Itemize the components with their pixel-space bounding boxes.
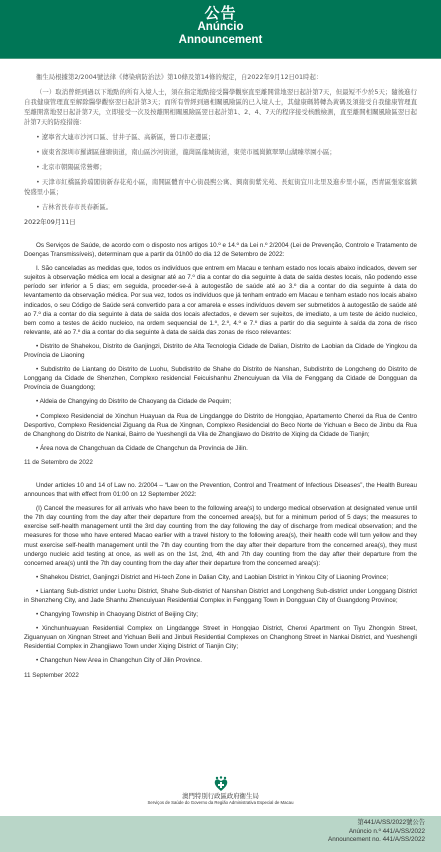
pt-intro: Os Serviços de Saúde, de acordo com o di… (24, 241, 417, 259)
announcement-body: 衞生局根據第2/2004號法律《傳染病防治法》第10條及第14條的規定，自202… (24, 72, 417, 694)
pt-bullet-2: • Subdistrito de Liantang do Distrito de… (24, 365, 417, 392)
ref-zh: 第441/A/SS/2022號公告 (328, 819, 425, 828)
en-intro: Under articles 10 and 14 of Law no. 2/20… (24, 481, 417, 499)
health-bureau-logo-icon (214, 776, 228, 792)
org-name-zh: 澳門特別行政區政府衞生局 (0, 792, 441, 800)
pt-bullet-4: • Complexo Residencial de Xinchun Huayua… (24, 412, 417, 439)
en-bullet-2: • Liantang Sub-district under Luohu Dist… (24, 587, 417, 605)
en-date: 11 September 2022 (24, 671, 417, 680)
org-name-pt: Serviços de Saúde do Governo da Região A… (0, 800, 441, 805)
zh-bullet-1: • 遼寧省大連市沙河口區、甘井子區、高新區，營口市老邊區； (24, 132, 417, 142)
en-bullet-1: • Shahekou District, Ganjingzi District … (24, 573, 417, 582)
title-en: Announcement (0, 34, 441, 47)
zh-intro: 衞生局根據第2/2004號法律《傳染病防治法》第10條及第14條的規定，自202… (24, 72, 417, 82)
zh-bullet-4: • 天津市紅橋區鈴璫閣街新春花苑小區，南開區體育中心街晨熙公寓、興南街紫光苑、長… (24, 177, 417, 197)
en-para-1: (I) Cancel the measures for all arrivals… (24, 504, 417, 568)
ref-en: Announcement no. 441/A/SS/2022 (328, 836, 425, 845)
pt-bullet-5: • Área nova de Changchuan da Cidade de C… (24, 444, 417, 453)
zh-para-1: （一）取消曾經到過以下地點的所有入境人士，須在指定地點接受醫學觀察直至離開當地翌… (24, 87, 417, 127)
zh-bullet-3: • 北京市朝陽區常營鄉； (24, 162, 417, 172)
pt-para-1: I. São canceladas as medidas que, todos … (24, 264, 417, 337)
english-section: Under articles 10 and 14 of Law no. 2/20… (24, 481, 417, 680)
en-bullet-5: • Changchun New Area in Changchun City o… (24, 656, 417, 665)
pt-bullet-3: • Aldeia de Changying do Distrito de Cha… (24, 397, 417, 406)
zh-bullet-5: • 吉林省長春市長春新區。 (24, 202, 417, 212)
announcement-header: 公告 Anúncio Announcement (0, 0, 441, 59)
title-zh: 公告 (0, 0, 441, 21)
pt-date: 11 de Setembro de 2022 (24, 458, 417, 467)
footer-band: 第441/A/SS/2022號公告 Anúncio n.º 441/A/SS/2… (0, 816, 441, 852)
en-bullet-4: • Xinchunhuayuan Residential Complex on … (24, 624, 417, 651)
pt-bullet-1: • Distrito de Shahekou, Distrito de Ganj… (24, 342, 417, 360)
zh-date: 2022年09月11日 (24, 217, 417, 227)
ref-pt: Anúncio n.º 441/A/SS/2022 (328, 828, 425, 837)
en-bullet-3: • Changying Township in Chaoyang Distric… (24, 610, 417, 619)
portuguese-section: Os Serviços de Saúde, de acordo com o di… (24, 241, 417, 467)
announcement-reference: 第441/A/SS/2022號公告 Anúncio n.º 441/A/SS/2… (328, 819, 425, 845)
health-bureau-signature: 澳門特別行政區政府衞生局 Serviços de Saúde do Govern… (0, 776, 441, 805)
chinese-section: 衞生局根據第2/2004號法律《傳染病防治法》第10條及第14條的規定，自202… (24, 72, 417, 227)
title-pt: Anúncio (0, 21, 441, 34)
zh-bullet-2: • 廣東省深圳市羅湖區蓮塘街道，南山區沙河街道，龍崗區龍城街道，東莞市鳳崗鎮翠翠… (24, 147, 417, 157)
